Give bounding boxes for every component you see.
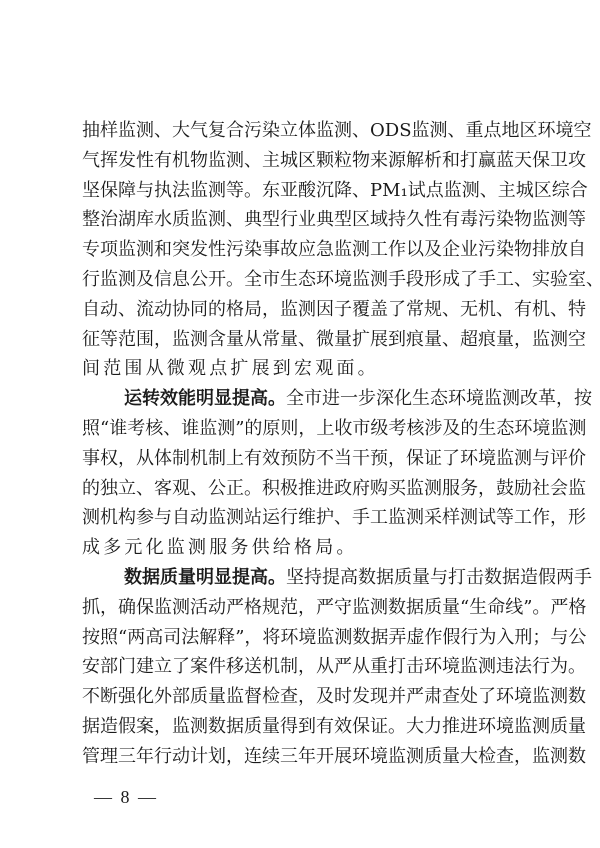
text-line: 自动、流动协同的格局，监测因子覆盖了常规、无机、有机、特: [82, 295, 528, 325]
text-line: 专项监测和突发性污染事故应急监测工作以及企业污染物排放自: [82, 235, 528, 265]
text-line: 行监测及信息公开。全市生态环境监测手段形成了手工、实验室、: [82, 265, 528, 295]
text-line: 抽样监测、大气复合污染立体监测、ODS监测、重点地区环境空: [82, 116, 528, 146]
paragraph-monitoring-scope: 抽样监测、大气复合污染立体监测、ODS监测、重点地区环境空 气挥发性有机物监测、…: [82, 116, 528, 384]
document-body: 抽样监测、大气复合污染立体监测、ODS监测、重点地区环境空 气挥发性有机物监测、…: [82, 116, 528, 772]
text-line: 成多元化监测服务供给格局。: [82, 533, 528, 563]
text-line: 的独立、客观、公正。积极推进政府购买监测服务，鼓励社会监: [82, 474, 528, 504]
text-line: 照“谁考核、谁监测”的原则，上收市级考核涉及的生态环境监测: [82, 414, 528, 444]
paragraph-data-quality: 数据质量明显提高。坚持提高数据质量与打击数据造假两手 数据质量明显提高。坚持提高…: [82, 563, 528, 772]
text-line: 事权，从体制机制上有效预防不当干预，保证了环境监测与评价: [82, 444, 528, 474]
text-line: 不断强化外部质量监督检查，及时发现并严肃查处了环境监测数: [82, 682, 528, 712]
text-line: 据造假案，监测数据质量得到有效保证。大力推进环境监测质量: [82, 712, 528, 742]
text-line: 安部门建立了案件移送机制，从严从重打击环境监测违法行为。: [82, 652, 528, 682]
text-line-with-heading: 数据质量明显提高。坚持提高数据质量与打击数据造假两手 数据质量明显提高。坚持提高…: [82, 563, 528, 593]
text-line: 气挥发性有机物监测、主城区颗粒物来源解析和打赢蓝天保卫攻: [82, 146, 528, 176]
text-line: 测机构参与自动监测站运行维护、手工监测采样测试等工作，形: [82, 503, 528, 533]
text-line: 坚保障与执法监测等。东亚酸沉降、PM₁试点监测、主城区综合: [82, 176, 528, 206]
text-line: 整治湖库水质监测、典型行业典型区域持久性有毒污染物监测等: [82, 205, 528, 235]
paragraph-operational-efficiency: 运转效能明显提高。全市进一步深化生态环境监测改革，按 运转效能明显提高。全市进一…: [82, 384, 528, 563]
text-line: 管理三年行动计划，连续三年开展环境监测质量大检查，监测数: [82, 742, 528, 772]
text-line: 按照“两高司法解释”，将环境监测数据弄虚作假行为入刑；与公: [82, 623, 528, 653]
text-line: 抓，确保监测活动严格规范，严守监测数据质量“生命线”。严格: [82, 593, 528, 623]
text-line: 间范围从微观点扩展到宏观面。: [82, 354, 528, 384]
text-line-with-heading: 运转效能明显提高。全市进一步深化生态环境监测改革，按 运转效能明显提高。全市进一…: [82, 384, 528, 414]
page-number: — 8 —: [94, 787, 158, 808]
text-line: 征等范围，监测含量从常量、微量扩展到痕量、超痕量，监测空: [82, 325, 528, 355]
